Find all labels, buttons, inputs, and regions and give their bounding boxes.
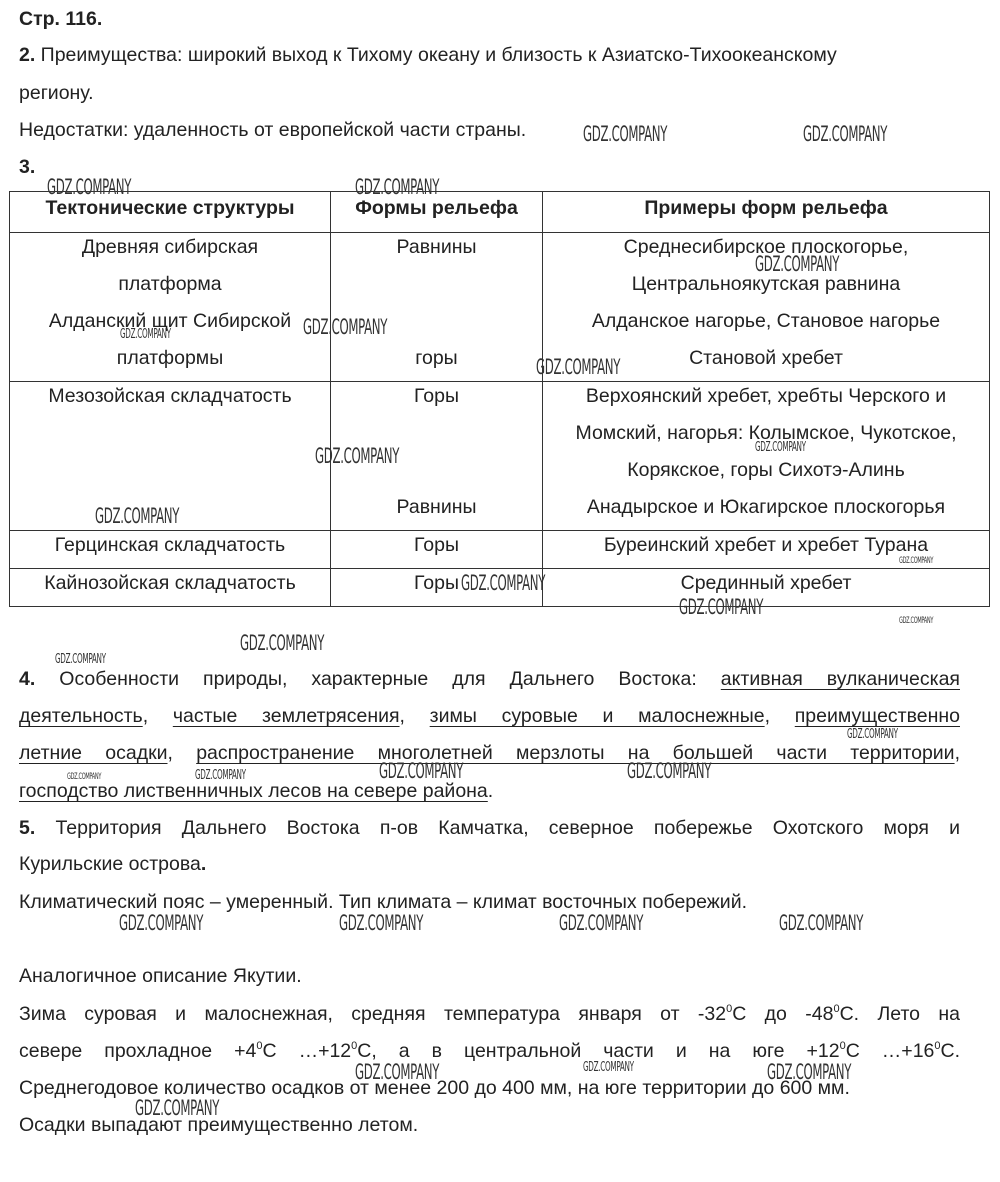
watermark: GDZ.COMPANY xyxy=(55,652,106,667)
watermark: GDZ.COMPANY xyxy=(767,1060,851,1084)
structure-cell: Кайнозойская складчатость xyxy=(10,569,331,607)
feature-summer-precip: преимущественно xyxy=(795,705,960,727)
feature-summer-precip-cont: летние осадки xyxy=(19,742,168,764)
watermark: GDZ.COMPANY xyxy=(847,727,898,742)
watermark: GDZ.COMPANY xyxy=(355,1060,439,1084)
task2-disadvantages: Недостатки: удаленность от европейской ч… xyxy=(19,118,526,142)
watermark: GDZ.COMPANY xyxy=(135,1096,219,1120)
examples-cell: Срединный хребет xyxy=(543,569,990,607)
forms-cell: Горы xyxy=(331,531,543,569)
watermark: GDZ.COMPANY xyxy=(120,327,171,342)
yakutia-line1: Зима суровая и малоснежная, средняя темп… xyxy=(19,1002,960,1026)
feature-permafrost: распространение многолетней мерзлоты на … xyxy=(196,742,954,764)
watermark: GDZ.COMPANY xyxy=(583,122,667,146)
watermark: GDZ.COMPANY xyxy=(240,631,324,655)
page-label: Стр. 116. xyxy=(19,7,102,31)
forms-cell: Равнины горы xyxy=(331,233,543,382)
feature-larch-forests: господство лиственничных лесов на севере… xyxy=(19,780,488,802)
feature-earthquakes: частые землетрясения xyxy=(173,705,400,727)
watermark: GDZ.COMPANY xyxy=(559,911,643,935)
watermark: GDZ.COMPANY xyxy=(679,595,763,619)
watermark: GDZ.COMPANY xyxy=(355,175,439,199)
yakutia-title: Аналогичное описание Якутии. xyxy=(19,964,302,988)
task5-number: 5. xyxy=(19,817,35,839)
task4-number: 4. xyxy=(19,668,35,690)
table-header-row: Тектонические структуры Формы рельефа Пр… xyxy=(10,192,990,233)
task5-territory: 5. Территория Дальнего Востока п-ов Камч… xyxy=(19,816,960,840)
tectonic-table: Тектонические структуры Формы рельефа Пр… xyxy=(9,191,990,607)
task4-line3: летние осадки, распространение многолетн… xyxy=(19,741,960,765)
watermark: GDZ.COMPANY xyxy=(899,616,933,626)
watermark: GDZ.COMPANY xyxy=(583,1060,634,1075)
examples-cell: Верхоянский хребет, хребты Черского и Мо… xyxy=(543,382,990,531)
watermark: GDZ.COMPANY xyxy=(899,556,933,566)
structure-cell: Древняя сибирская платформа Алданский щи… xyxy=(10,233,331,382)
task5-territory-cont: Курильские острова. xyxy=(19,852,206,876)
watermark: GDZ.COMPANY xyxy=(627,759,711,783)
watermark: GDZ.COMPANY xyxy=(95,504,179,528)
task4-line1: 4. Особенности природы, характерные для … xyxy=(19,667,960,691)
watermark: GDZ.COMPANY xyxy=(803,122,887,146)
task3-number: 3. xyxy=(19,155,35,179)
task2-advantages: 2. Преимущества: широкий выход к Тихому … xyxy=(19,43,837,67)
watermark: GDZ.COMPANY xyxy=(755,440,806,455)
task2-number: 2. xyxy=(19,44,35,66)
structure-cell: Герцинская складчатость xyxy=(10,531,331,569)
task2-advantages-cont: региону. xyxy=(19,81,94,105)
feature-winters: зимы суровые и малоснежные xyxy=(430,705,765,727)
task4-line2: деятельность, частые землетрясения, зимы… xyxy=(19,704,960,728)
header-cell: Примеры форм рельефа xyxy=(543,192,990,233)
feature-volcanism: активная вулканическая xyxy=(721,668,960,690)
watermark: GDZ.COMPANY xyxy=(461,571,545,595)
watermark: GDZ.COMPANY xyxy=(755,252,839,276)
table-row: Древняя сибирская платформа Алданский щи… xyxy=(10,233,990,382)
watermark: GDZ.COMPANY xyxy=(315,444,399,468)
watermark: GDZ.COMPANY xyxy=(339,911,423,935)
watermark: GDZ.COMPANY xyxy=(195,768,246,783)
watermark: GDZ.COMPANY xyxy=(536,355,620,379)
feature-volcanism-cont: деятельность xyxy=(19,705,143,727)
watermark: GDZ.COMPANY xyxy=(779,911,863,935)
watermark: GDZ.COMPANY xyxy=(119,911,203,935)
watermark: GDZ.COMPANY xyxy=(47,175,131,199)
watermark: GDZ.COMPANY xyxy=(67,772,101,782)
watermark: GDZ.COMPANY xyxy=(379,759,463,783)
table-row: Герцинская складчатость Горы Буреинский … xyxy=(10,531,990,569)
watermark: GDZ.COMPANY xyxy=(303,315,387,339)
